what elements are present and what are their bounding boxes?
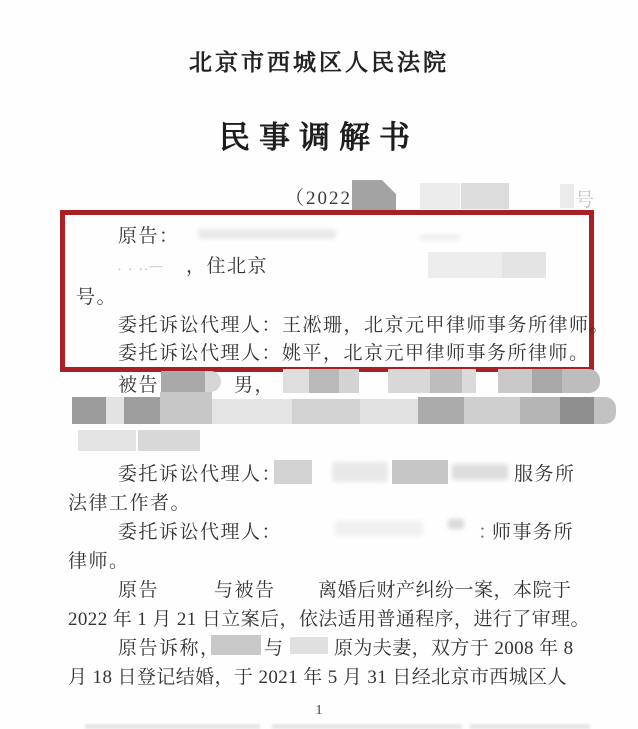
redaction-block — [212, 399, 292, 424]
masked-text-marks: . . ..— — [118, 258, 165, 274]
redaction-block — [420, 183, 460, 209]
marriage-line: 月 18 日登记结婚，于 2021 年 5 月 31 日经北京市西城区人 — [68, 662, 567, 689]
redaction-block — [290, 637, 328, 654]
redaction-block — [594, 397, 616, 424]
redaction-smudge — [452, 464, 508, 480]
redaction-block — [283, 369, 309, 393]
mediation-document-page: 北京市西城区人民法院 民事调解书 （2022）京 号 原告： . . ..— ，… — [0, 0, 638, 729]
claim-line-and: 与 — [264, 633, 285, 660]
redaction-block — [430, 369, 462, 393]
court-name: 北京市西城区人民法院 — [0, 44, 638, 77]
redaction-block — [339, 369, 359, 393]
filing-line: 2022 年 1 月 21 日立案后，依法适用普通程序，进行了审理。 — [68, 604, 590, 631]
redaction-block — [392, 460, 448, 484]
redaction-block — [161, 371, 205, 392]
defendant-agent1-tail: 服务所 — [514, 459, 576, 486]
redaction-smudge — [335, 521, 423, 536]
plaintiff-residence-tail: 号。 — [76, 282, 117, 309]
plaintiff-label: 原告： — [118, 221, 180, 248]
claim-line-rest: 原为夫妻，双方于 2008 年 8 — [334, 633, 574, 660]
defendant-agent1-label: 委托诉讼代理人： — [118, 459, 282, 486]
redaction-block — [138, 430, 200, 451]
redaction-block — [160, 392, 212, 424]
redaction-smudge — [198, 229, 336, 239]
redaction-block — [560, 184, 574, 208]
redaction-block — [562, 369, 600, 393]
redaction-block — [428, 252, 502, 278]
case-line-plaintiff: 原告 — [118, 575, 159, 602]
redaction-block — [211, 635, 261, 655]
redaction-block — [309, 369, 339, 393]
redaction-block — [72, 397, 106, 424]
case-line-dispute: 离婚后财产纠纷一案，本院于 — [318, 575, 572, 602]
redaction-smudge — [448, 519, 464, 529]
defendant-agent2-tail: 师事务所 — [492, 517, 574, 544]
redaction-block — [78, 430, 136, 451]
redaction-block — [360, 399, 418, 424]
redaction-block — [205, 371, 221, 392]
redaction-block — [464, 397, 520, 424]
redaction-block — [418, 397, 464, 424]
plaintiff-residence: ，住北京 — [186, 251, 268, 278]
defendant-agent2-role: 律师。 — [68, 546, 130, 573]
claim-line-start: 原告诉称， — [118, 633, 221, 660]
cutoff-text-strip — [272, 724, 462, 729]
redaction-block — [520, 397, 560, 424]
plaintiff-agent1: 委托诉讼代理人：王凇珊，北京元甲律师事务所律师。 — [118, 310, 610, 337]
cutoff-text-strip — [470, 724, 590, 729]
redaction-block — [124, 397, 160, 424]
document-title: 民事调解书 — [0, 112, 638, 157]
redaction-smudge — [332, 462, 388, 482]
defendant-agent1-role: 法律工作者。 — [68, 488, 191, 515]
defendant-gender: 男， — [234, 370, 275, 397]
redaction-block — [532, 369, 562, 393]
redaction-block — [560, 397, 594, 424]
case-number-suffix: 号 — [575, 185, 594, 212]
redaction-block — [292, 399, 360, 424]
page-number: 1 — [0, 703, 638, 719]
redaction-block — [502, 252, 546, 278]
defendant-agent2-label: 委托诉讼代理人： — [118, 517, 282, 544]
redaction-block — [106, 397, 124, 424]
redaction-smudge — [420, 234, 460, 241]
cutoff-text-strip — [85, 724, 260, 729]
redaction-block — [498, 369, 532, 393]
redaction-block — [274, 460, 312, 484]
redaction-block — [462, 369, 476, 393]
redaction-block — [461, 183, 509, 209]
case-line-defendant: 与被告 — [214, 575, 276, 602]
plaintiff-agent2: 委托诉讼代理人：姚平，北京元甲律师事务所律师。 — [118, 338, 590, 365]
redaction-block — [388, 369, 430, 393]
